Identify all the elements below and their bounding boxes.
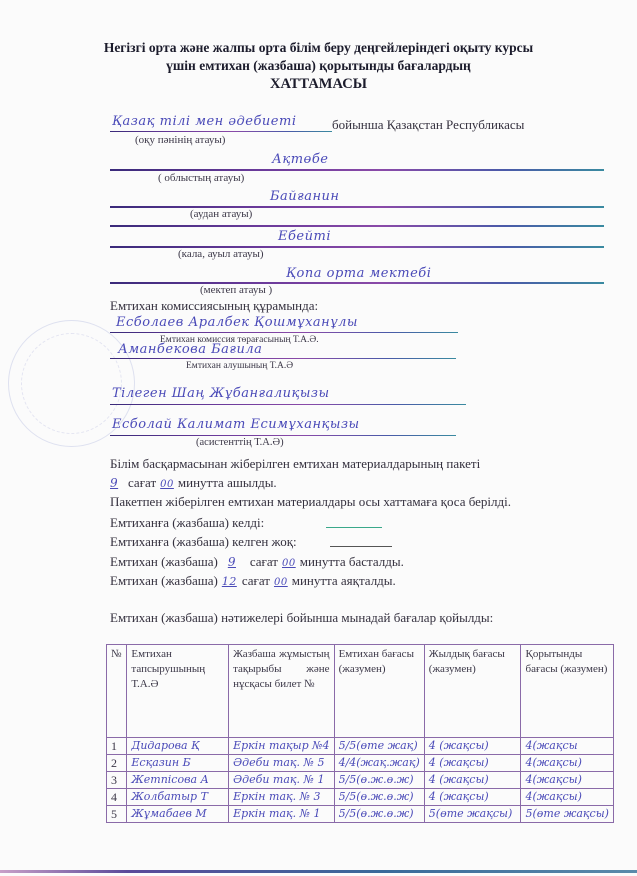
row-number: 3: [107, 772, 127, 789]
hour-word: сағат: [242, 573, 270, 588]
document-title-line2: үшін емтихан (жазбаша) қорытынды бағалар…: [0, 58, 637, 74]
header-exam-grade: Емтихан бағасы (жазумен): [334, 645, 424, 738]
topic[interactable]: Еркін тақыр №4: [229, 738, 334, 755]
table-row: 3Жетпісова АӘдеби тақ. № 15/5(ө.ж.ө.ж)4 …: [107, 772, 614, 789]
annual-grade[interactable]: 4 (жақсы): [424, 789, 521, 806]
header-final-grade: Қорытынды бағасы (жазумен): [521, 645, 614, 738]
district-line: [110, 206, 604, 208]
hour-word: сағат: [250, 554, 278, 569]
examiner-line: [110, 358, 456, 359]
final-grade[interactable]: 5(өте жақсы): [521, 806, 614, 823]
exam-grade[interactable]: 5/5(өте жақ): [334, 738, 424, 755]
package-minute[interactable]: 00: [160, 479, 174, 490]
topic[interactable]: Әдеби тақ. № 1: [229, 772, 334, 789]
scan-edge: [0, 870, 637, 873]
annual-grade[interactable]: 5(өте жақсы): [424, 806, 521, 823]
end-time: Емтихан (жазбаша) 12 сағат 00 минутта ая…: [110, 572, 396, 590]
student-name[interactable]: Дидарова Қ: [127, 738, 229, 755]
document-title: ХАТТАМАСЫ: [0, 76, 637, 93]
table-row: 2Есқазин БӘдеби тақ. № 54/4(жақ.жақ)4 (ж…: [107, 755, 614, 772]
package-time: 9 сағат 00 минутта ашылды.: [110, 474, 277, 492]
end-suffix: минутта аяқталды.: [292, 573, 396, 588]
package-hour[interactable]: 9: [110, 476, 124, 490]
settlement-caption: (кала, ауыл атауы): [178, 248, 264, 260]
assistant-caption: (асистенттің Т.А.Ә): [196, 437, 284, 448]
examiner-value[interactable]: Аманбекова Бағила: [118, 342, 262, 357]
region-value[interactable]: Ақтөбе: [272, 152, 329, 167]
subject-suffix: бойынша Қазақстан Республикасы: [332, 117, 524, 133]
assistant2-line: [110, 435, 456, 436]
exam-grade[interactable]: 5/5(ө.ж.ө.ж): [334, 806, 424, 823]
final-grade[interactable]: 4(жақсы: [521, 738, 614, 755]
district-value[interactable]: Байғанин: [270, 189, 340, 204]
absent-field[interactable]: [330, 546, 392, 547]
package-text: Білім басқармасынан жіберілген емтихан м…: [110, 456, 480, 472]
attended-label: Емтиханға (жазбаша) келді:: [110, 515, 264, 531]
header-topic: Жазбаша жұмыстың тақырыбы және нұсқасы б…: [229, 645, 334, 738]
row-number: 2: [107, 755, 127, 772]
school-value[interactable]: Қопа орта мектебі: [286, 266, 431, 281]
commission-heading: Емтихан комиссиясының құрамында:: [110, 298, 318, 314]
subject-line: [110, 131, 332, 132]
exam-grade[interactable]: 5/5(ө.ж.ө.ж): [334, 789, 424, 806]
region-caption: ( облыстың атауы): [158, 172, 244, 184]
topic[interactable]: Еркін тақ. № 1: [229, 806, 334, 823]
student-name[interactable]: Жетпісова А: [127, 772, 229, 789]
annual-grade[interactable]: 4 (жақсы): [424, 772, 521, 789]
subject-caption: (оқу пәнінің атауы): [135, 134, 225, 146]
absent-label: Емтиханға (жазбаша) келген жоқ:: [110, 534, 297, 550]
student-name[interactable]: Есқазин Б: [127, 755, 229, 772]
table-header-row: № Емтихан тапсырушының Т.А.Ә Жазбаша жұм…: [107, 645, 614, 738]
results-text: Емтихан (жазбаша) нәтижелері бойынша мын…: [110, 610, 493, 626]
document-title-line1: Негізгі орта және жалпы орта білім беру …: [0, 40, 637, 56]
chair-line: [110, 332, 458, 333]
final-grade[interactable]: 4(жақсы): [521, 755, 614, 772]
commission-chair-value[interactable]: Есболаев Аралбек Қошмұханұлы: [116, 315, 358, 330]
topic[interactable]: Әдеби тақ. № 5: [229, 755, 334, 772]
assistant1-value[interactable]: Тілеген Шаң Жұбанғалиқызы: [112, 386, 330, 401]
assistant2-value[interactable]: Есболай Калимат Есимұханқызы: [112, 417, 360, 432]
school-line: [110, 282, 604, 284]
school-caption: (мектеп атауы ): [200, 284, 272, 296]
header-student-name: Емтихан тапсырушының Т.А.Ә: [127, 645, 229, 738]
table-row: 1Дидарова ҚЕркін тақыр №45/5(өте жақ)4 (…: [107, 738, 614, 755]
student-name[interactable]: Жұмабаев М: [127, 806, 229, 823]
examiner-caption: Емтихан алушының Т.А.Ә: [186, 361, 293, 371]
end-hour[interactable]: 12: [222, 575, 238, 588]
header-number: №: [107, 645, 127, 738]
topic[interactable]: Еркін тақ. № 3: [229, 789, 334, 806]
opened-word: минутта ашылды.: [178, 475, 277, 490]
start-time: Емтихан (жазбаша) 9 сағат 00 минутта бас…: [110, 553, 404, 571]
annual-grade[interactable]: 4 (жақсы): [424, 738, 521, 755]
start-minute[interactable]: 00: [282, 558, 296, 569]
final-grade[interactable]: 4(жақсы): [521, 772, 614, 789]
attached-text: Пакетпен жіберілген емтихан материалдары…: [110, 494, 511, 510]
table-row: 4Жолбатыр ТЕркін тақ. № 35/5(ө.ж.ө.ж)4 (…: [107, 789, 614, 806]
end-minute[interactable]: 00: [274, 577, 288, 588]
grades-table: № Емтихан тапсырушының Т.А.Ә Жазбаша жұм…: [106, 644, 614, 823]
attended-field[interactable]: [326, 527, 382, 528]
start-suffix: минутта басталды.: [300, 554, 404, 569]
assistant1-line: [110, 404, 466, 405]
annual-grade[interactable]: 4 (жақсы): [424, 755, 521, 772]
row-number: 5: [107, 806, 127, 823]
exam-grade[interactable]: 5/5(ө.ж.ө.ж): [334, 772, 424, 789]
end-label: Емтихан (жазбаша): [110, 573, 218, 588]
row-number: 4: [107, 789, 127, 806]
start-hour[interactable]: 9: [228, 555, 246, 569]
settlement-value[interactable]: Ебейті: [278, 229, 331, 244]
final-grade[interactable]: 4(жақсы): [521, 789, 614, 806]
start-label: Емтихан (жазбаша): [110, 554, 218, 569]
row-number: 1: [107, 738, 127, 755]
hour-word: сағат: [128, 475, 156, 490]
table-row: 5Жұмабаев МЕркін тақ. № 15/5(ө.ж.ө.ж)5(ө…: [107, 806, 614, 823]
header-annual-grade: Жылдық бағасы (жазумен): [424, 645, 521, 738]
district-underline: [110, 225, 604, 227]
district-caption: (аудан атауы): [190, 208, 252, 220]
student-name[interactable]: Жолбатыр Т: [127, 789, 229, 806]
region-line: [110, 169, 604, 171]
exam-grade[interactable]: 4/4(жақ.жақ): [334, 755, 424, 772]
subject-value[interactable]: Қазақ тілі мен әдебиеті: [112, 114, 296, 129]
